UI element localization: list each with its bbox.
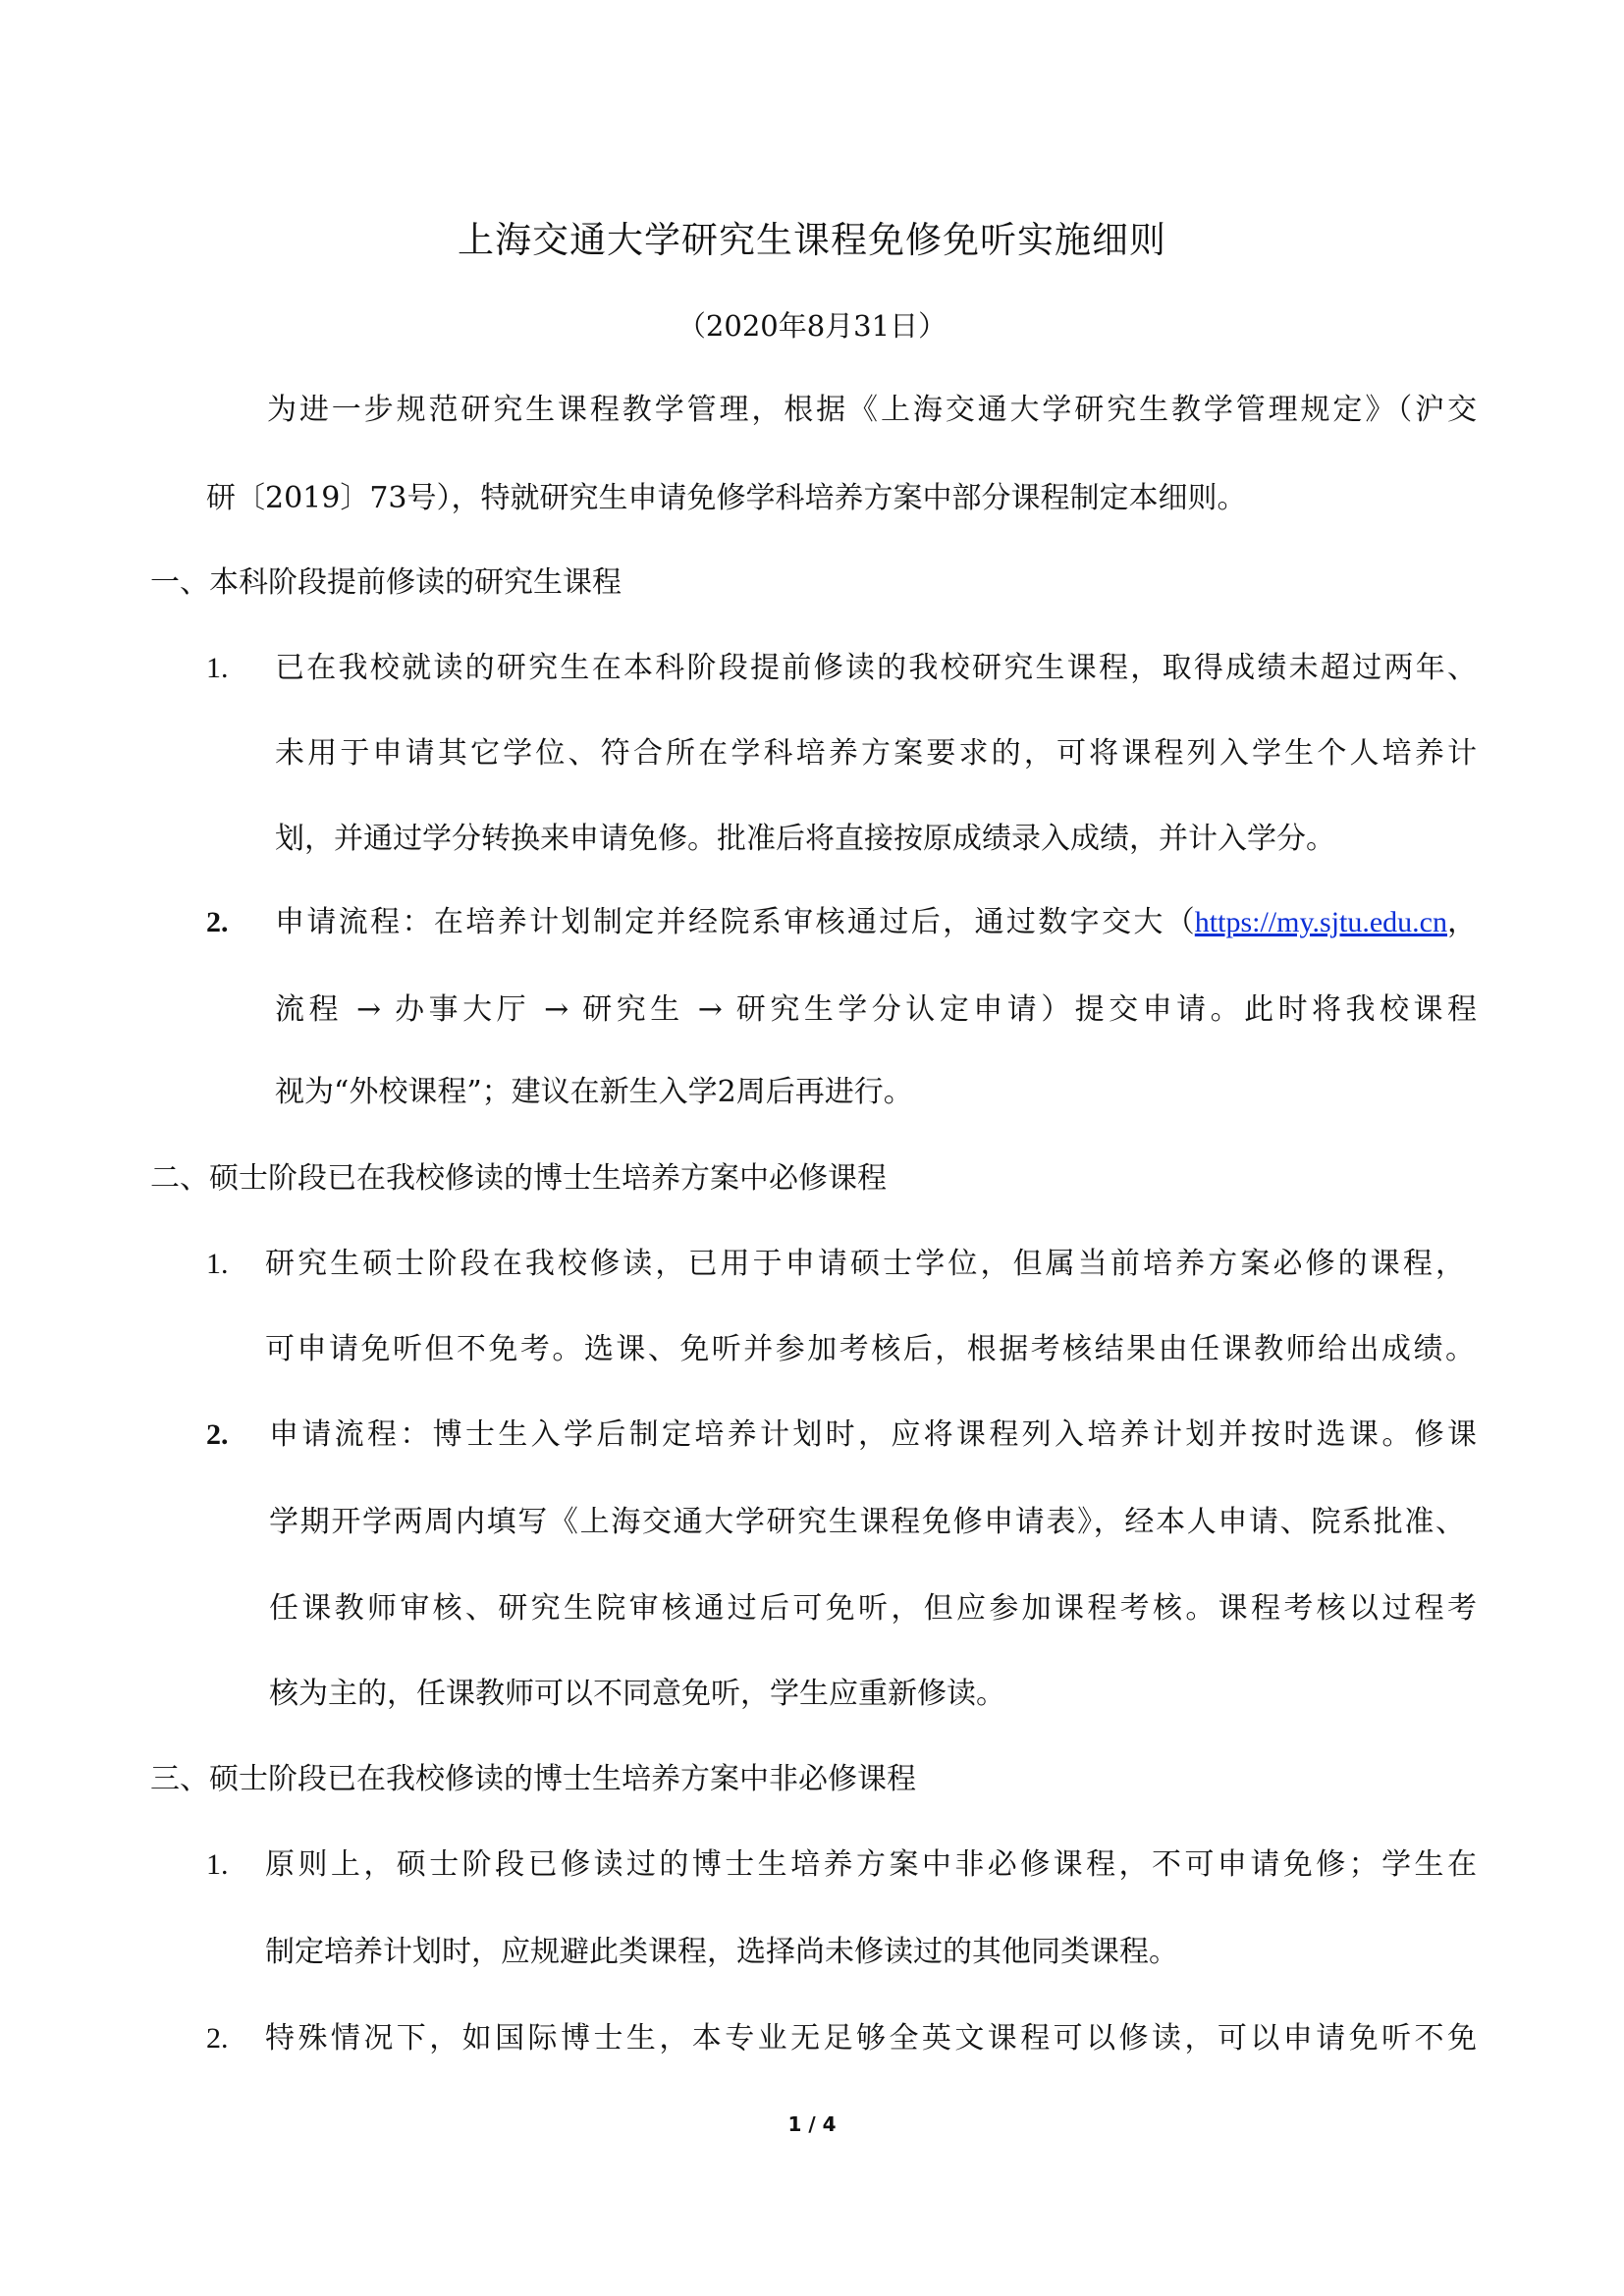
item-line: 研究生硕士阶段在我校修读，已用于申请硕士学位，但属当前培养方案必修的课程， bbox=[265, 1245, 1465, 1284]
item-line: 原则上，硕士阶段已修读过的博士生培养方案中非必修课程，不可申请免修；学生在 bbox=[265, 1845, 1477, 1885]
item-line: 任课教师审核、研究生院审核通过后可免听，但应参加课程考核。课程考核以过程考 bbox=[269, 1589, 1477, 1629]
item-line: 已在我校就读的研究生在本科阶段提前修读的我校研究生课程，取得成绩未超过两年、 bbox=[275, 649, 1477, 688]
item-line: 学期开学两周内填写《上海交通大学研究生课程免修申请表》，经本人申请、院系批准、 bbox=[269, 1503, 1465, 1542]
item-line: 视为“外校课程”；建议在新生入学2周后再进行。 bbox=[275, 1073, 913, 1112]
item-line: 特殊情况下，如国际博士生，本专业无足够全英文课程可以修读，可以申请免听不免 bbox=[265, 2019, 1477, 2058]
section-heading: 二、硕士阶段已在我校修读的博士生培养方案中必修课程 bbox=[150, 1159, 887, 1199]
item-line: 核为主的，任课教师可以不同意免听，学生应重新修读。 bbox=[269, 1675, 1005, 1714]
item-line: 划，并通过学分转换来申请免修。批准后将直接按原成绩录入成绩，并计入学分。 bbox=[275, 820, 1335, 859]
item-line: 流程 → 办事大厅 → 研究生 → 研究生学分认定申请）提交申请。此时将我校课程 bbox=[275, 990, 1477, 1030]
document-date: （2020年8月31日） bbox=[0, 306, 1624, 346]
digital-sjtu-link[interactable]: https://my.sjtu.edu.cn bbox=[1195, 903, 1447, 942]
item-number: 2. bbox=[206, 903, 229, 942]
intro-line: 研〔2019〕73号），特就研究生申请免修学科培养方案中部分课程制定本细则。 bbox=[206, 479, 1247, 518]
item-line: 可申请免听但不免考。选课、免听并参加考核后，根据考核结果由任课教师给出成绩。 bbox=[265, 1330, 1475, 1369]
item-number: 1. bbox=[206, 1245, 229, 1284]
item-number: 2. bbox=[206, 1415, 229, 1455]
item-number: 1. bbox=[206, 1845, 229, 1885]
item-line: 申请流程：在培养计划制定并经院系审核通过后，通过数字交大（ https://my… bbox=[275, 903, 1477, 942]
item-line: 制定培养计划时，应规避此类课程，选择尚未修读过的其他同类课程。 bbox=[265, 1933, 1178, 1972]
section-heading: 一、本科阶段提前修读的研究生课程 bbox=[150, 563, 622, 603]
page-indicator: 1 / 4 bbox=[0, 2112, 1624, 2136]
intro-line: 为进一步规范研究生课程教学管理，根据《上海交通大学研究生教学管理规定》（沪交 bbox=[267, 391, 1477, 430]
item-number: 1. bbox=[206, 649, 229, 688]
item-number: 2. bbox=[206, 2019, 229, 2058]
item-line: 申请流程：博士生入学后制定培养计划时，应将课程列入培养计划并按时选课。修课 bbox=[269, 1415, 1477, 1455]
item-line: 未用于申请其它学位、符合所在学科培养方案要求的，可将课程列入学生个人培养计 bbox=[275, 734, 1477, 774]
document-title: 上海交通大学研究生课程免修免听实施细则 bbox=[0, 216, 1624, 265]
item-text: 申请流程：在培养计划制定并经院系审核通过后，通过数字交大（ bbox=[275, 903, 1195, 942]
section-heading: 三、硕士阶段已在我校修读的博士生培养方案中非必修课程 bbox=[150, 1760, 916, 1799]
item-text: ， bbox=[1447, 903, 1477, 942]
